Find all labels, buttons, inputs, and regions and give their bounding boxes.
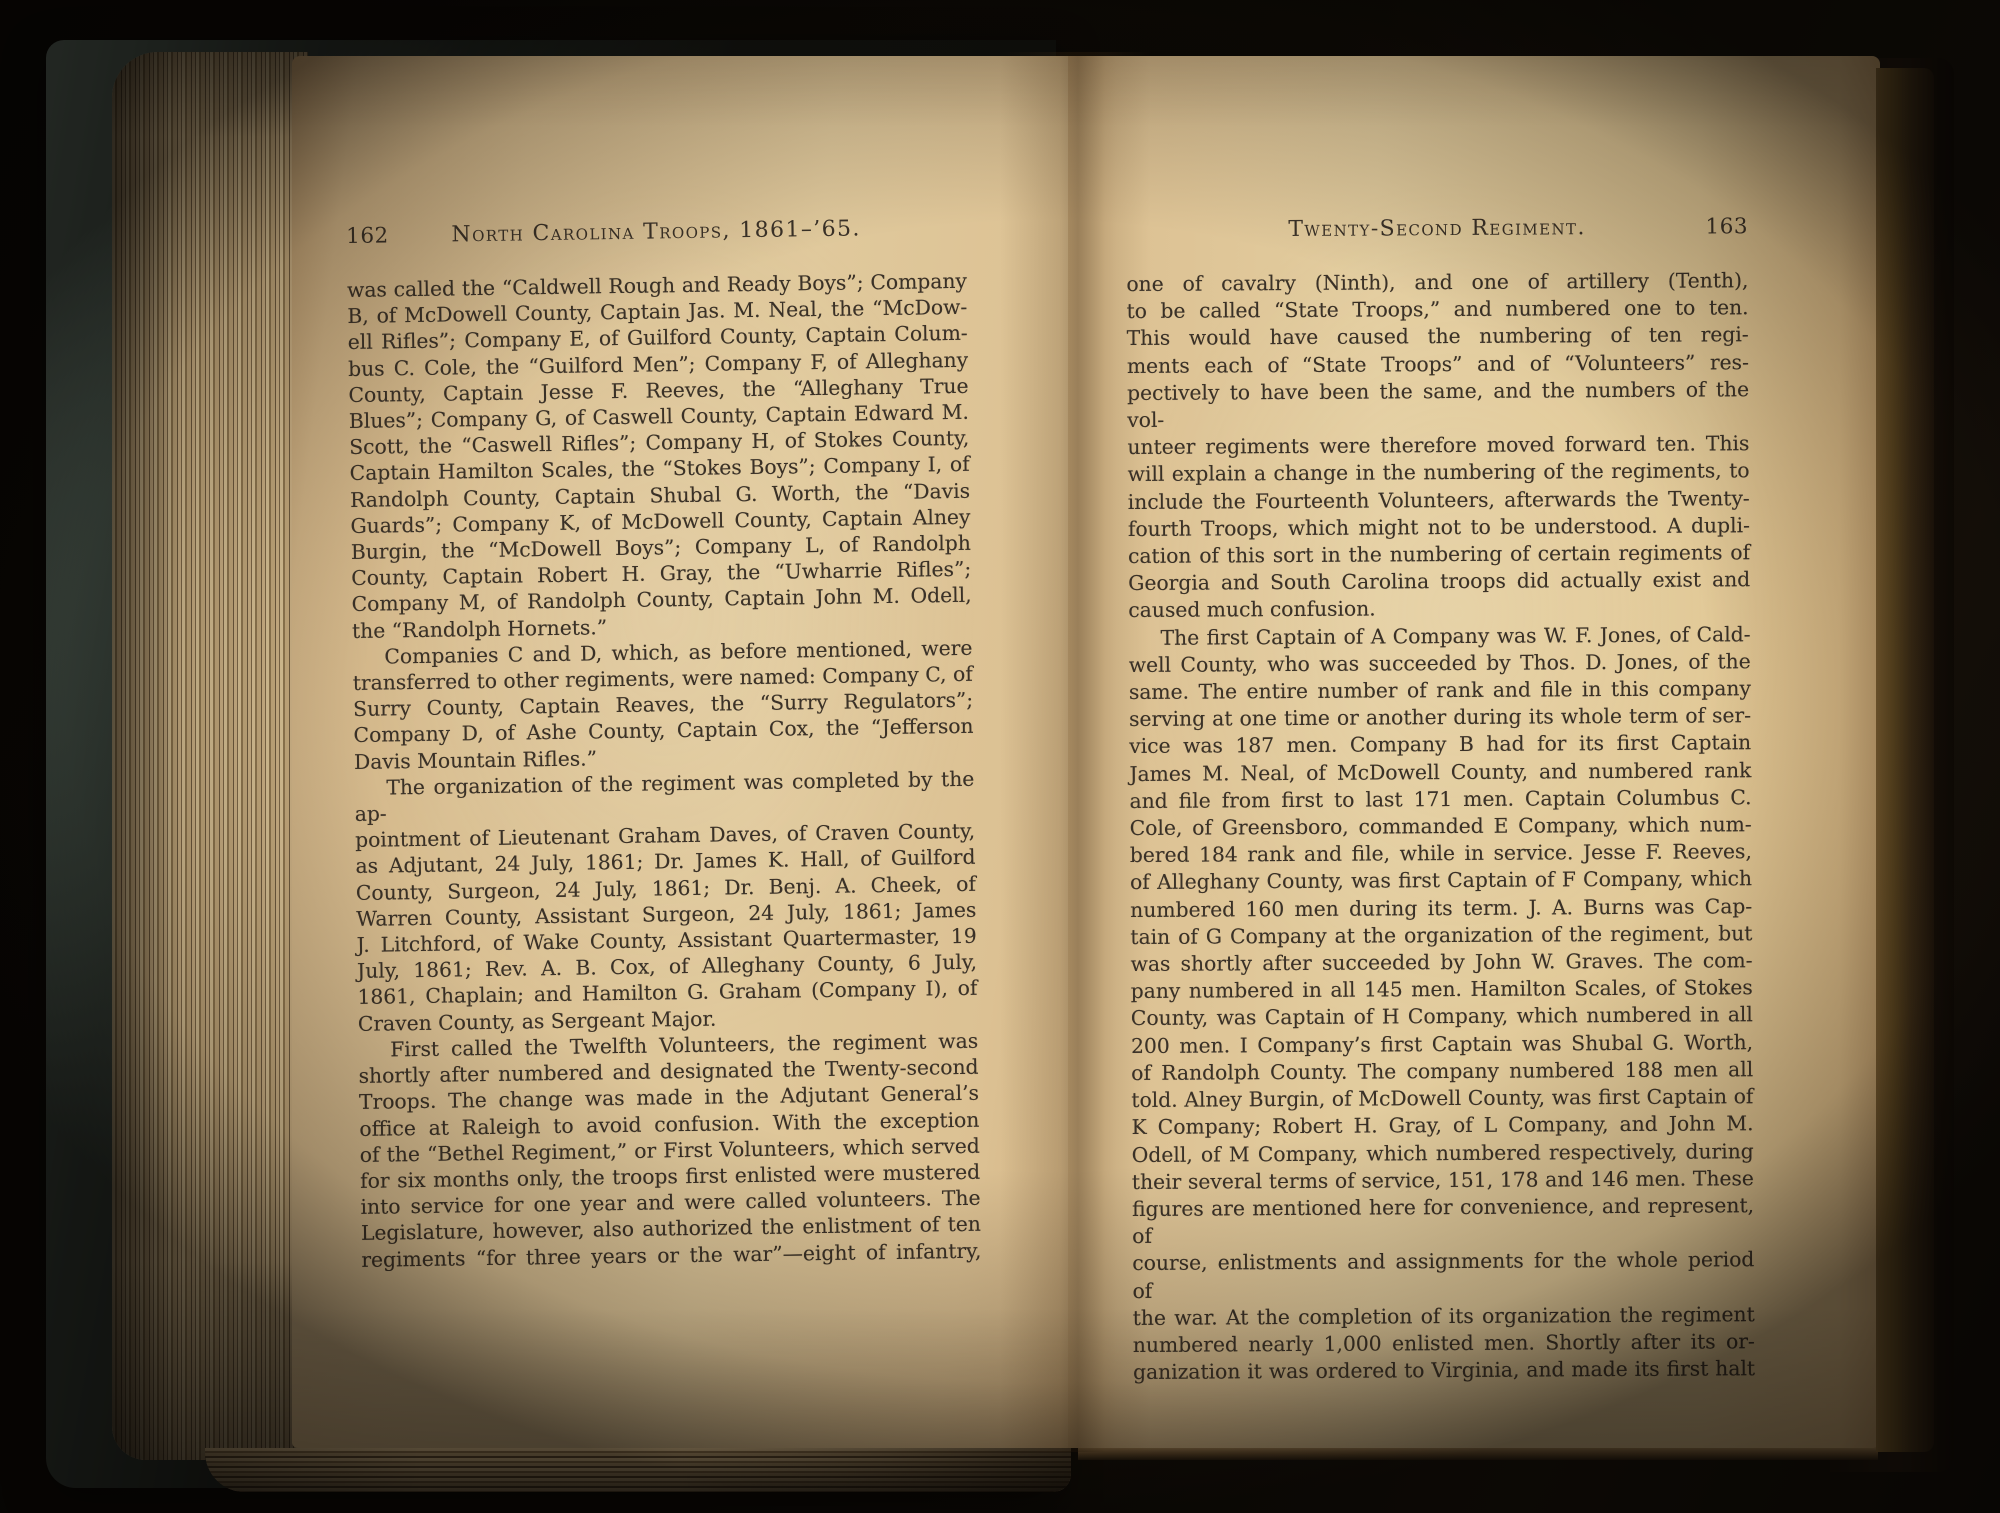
right-page-number: 163: [1705, 214, 1748, 239]
text-line: ments each of “State Troops” and of “Vol…: [1127, 349, 1749, 380]
text-line: The organization of the regiment was com…: [354, 766, 975, 828]
text-line: tain of G Company at the organization of…: [1130, 920, 1752, 951]
page-edges-bottom-stack: [205, 1448, 1071, 1492]
text-line: will explain a change in the numbering o…: [1127, 458, 1749, 489]
page-edge-bottom-right: [1078, 1446, 1878, 1460]
text-line: pectively to have been the same, and the…: [1127, 376, 1749, 434]
text-line: This would have caused the numbering of …: [1127, 322, 1749, 353]
right-running-header-row: Twenty-Second Regiment. 163: [1126, 214, 1748, 248]
text-line: well County, who was succeeded by Thos. …: [1129, 648, 1751, 679]
text-line: County, was Captain of H Company, which …: [1131, 1002, 1753, 1033]
text-line: same. The entire number of rank and file…: [1129, 675, 1751, 706]
left-running-header: North Carolina Troops, 1861–’65.: [451, 216, 861, 247]
photo-background: 162 North Carolina Troops, 1861–’65. was…: [0, 0, 2000, 1513]
text-line: ganization it was ordered to Virginia, a…: [1133, 1355, 1755, 1386]
text-line: numbered nearly 1,000 enlisted men. Shor…: [1133, 1328, 1755, 1359]
text-line: James M. Neal, of McDowell County, and n…: [1129, 757, 1751, 788]
text-line: figures are mentioned here for convenien…: [1132, 1192, 1754, 1250]
text-line: bered 184 rank and file, while in servic…: [1130, 838, 1752, 869]
text-line: cation of this sort in the numbering of …: [1128, 539, 1750, 570]
text-line: their several terms of service, 151, 178…: [1132, 1165, 1754, 1196]
text-line: and file from first to last 171 men. Cap…: [1129, 784, 1751, 815]
text-line: fourth Troops, which might not to be und…: [1128, 512, 1750, 543]
text-line: Odell, of M Company, which numbered resp…: [1132, 1138, 1754, 1169]
text-line: serving at one time or another during it…: [1129, 702, 1751, 733]
left-page-number: 162: [346, 223, 389, 249]
page-edges-left-stack: [112, 52, 308, 1460]
right-page-text: Twenty-Second Regiment. 163 one of caval…: [1126, 214, 1755, 1386]
text-line: of Randolph County. The company numbered…: [1131, 1056, 1753, 1087]
text-line: to be called “State Troops,” and numbere…: [1126, 294, 1748, 325]
right-running-header: Twenty-Second Regiment.: [1288, 215, 1586, 242]
text-line: of Alleghany County, was first Captain o…: [1130, 866, 1752, 897]
page-edges-right-stack: [1876, 68, 1934, 1452]
text-line: Cole, of Greensboro, commanded E Company…: [1130, 811, 1752, 842]
text-line: K Company; Robert H. Gray, of L Company,…: [1131, 1110, 1753, 1141]
text-line: was shortly after succeeded by John W. G…: [1130, 947, 1752, 978]
text-line: The first Captain of A Company was W. F.…: [1128, 621, 1750, 652]
text-line: one of cavalry (Ninth), and one of artil…: [1126, 267, 1748, 298]
text-line: include the Fourteenth Volunteers, after…: [1128, 485, 1750, 516]
left-page-body: was called the “Caldwell Rough and Ready…: [347, 268, 982, 1273]
text-line: Georgia and South Carolina troops did ac…: [1128, 566, 1750, 597]
right-page-body: one of cavalry (Ninth), and one of artil…: [1126, 267, 1755, 1386]
text-line: course, enlistments and assignments for …: [1132, 1246, 1754, 1304]
text-line: numbered 160 men during its term. J. A. …: [1130, 893, 1752, 924]
text-line: vice was 187 men. Company B had for its …: [1129, 730, 1751, 761]
text-line: pany numbered in all 145 men. Hamilton S…: [1131, 974, 1753, 1005]
text-line: 200 men. I Company’s first Captain was S…: [1131, 1029, 1753, 1060]
left-page-text: 162 North Carolina Troops, 1861–’65. was…: [346, 215, 981, 1273]
text-line: told. Alney Burgin, of McDowell County, …: [1131, 1083, 1753, 1114]
text-line: unteer regiments were therefore moved fo…: [1127, 430, 1749, 461]
text-line: caused much confusion.: [1128, 594, 1750, 625]
text-line: the war. At the completion of its organi…: [1133, 1301, 1755, 1332]
